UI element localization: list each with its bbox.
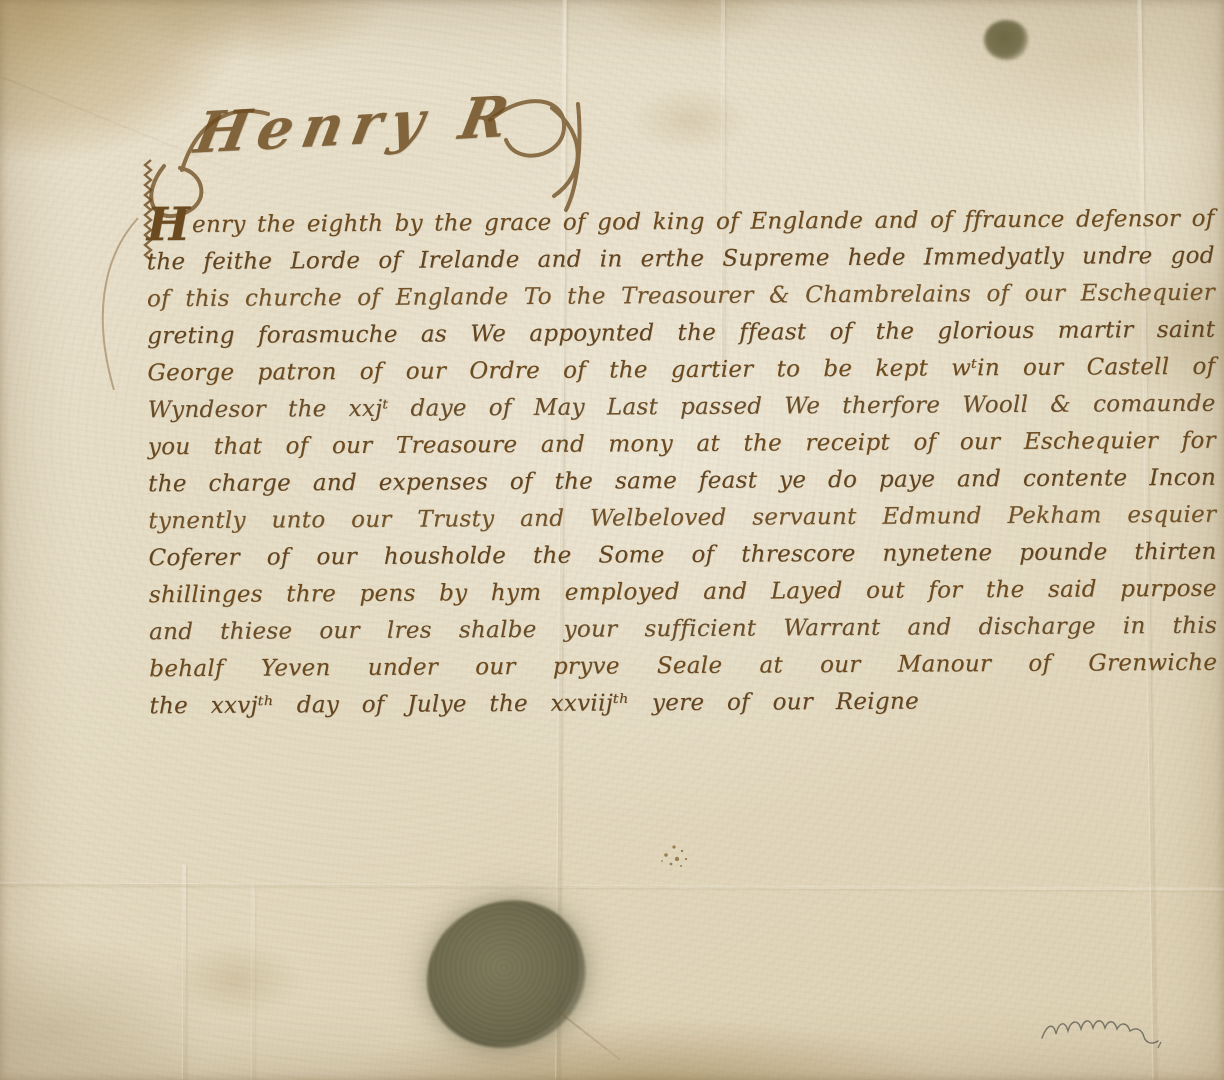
- manuscript-line: behalf Yeven under our pryve Seale at ou…: [149, 645, 1217, 689]
- pencil-inscription-icon: [1038, 1008, 1188, 1058]
- fold-crease-horizontal: [0, 883, 1224, 890]
- wax-seal-remnant: [409, 883, 603, 1066]
- manuscript-line: of this churche of Englande To the Treas…: [147, 275, 1215, 319]
- seal-crease-tail: [544, 1000, 620, 1060]
- manuscript-line: Wyndesor the xxjᵗ daye of May Last passe…: [148, 386, 1216, 430]
- ink-spatter-icon: [652, 835, 702, 875]
- margin-pen-stroke-icon: [92, 218, 152, 398]
- manuscript-body: Henry the eighth by the grace of god kin…: [146, 201, 1217, 726]
- manuscript-line: tynently unto our Trusty and Welbeloved …: [148, 497, 1216, 541]
- manuscript-line: and thiese our lres shalbe your sufficie…: [149, 608, 1217, 652]
- ink-stain-blob: [980, 16, 1031, 64]
- fold-crease-vertical-lower-left: [183, 865, 186, 1080]
- parchment-document: Henry R Henry the eighth by the grace of…: [0, 0, 1224, 1080]
- manuscript-line: the xxvjᵗʰ day of Julye the xxviijᵗʰ yer…: [149, 682, 1217, 726]
- fold-crease-vertical-lower-left-2: [252, 885, 255, 1080]
